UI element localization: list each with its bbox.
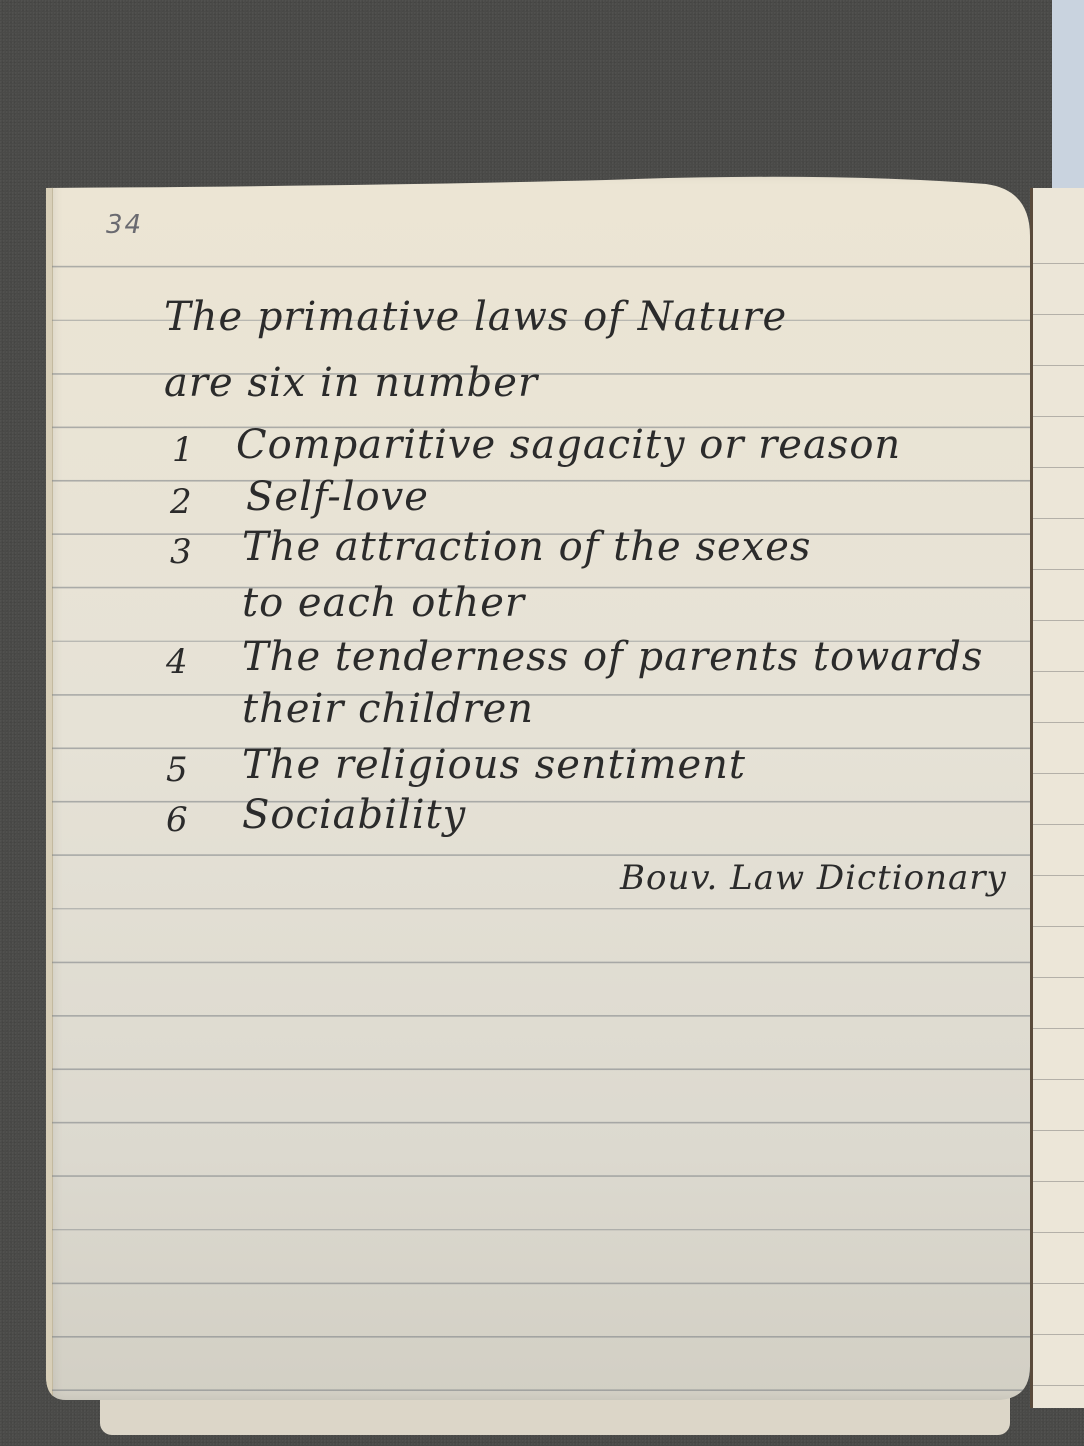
law-number: 2 (170, 482, 192, 522)
law-text: The attraction of the sexes (242, 524, 811, 570)
heading-line-1: The primative laws of Nature (164, 294, 787, 340)
law-text: The tenderness of parents towards (242, 634, 983, 680)
law-text: Self-love (246, 474, 429, 520)
page-number: 34 (106, 210, 143, 240)
law-text-continuation: their children (242, 686, 534, 732)
law-text-continuation: to each other (242, 580, 525, 626)
law-number: 5 (166, 750, 188, 790)
law-text: The religious sentiment (242, 742, 746, 788)
law-number: 3 (170, 532, 192, 572)
law-number: 4 (166, 642, 188, 682)
law-text: Sociability (242, 792, 466, 838)
law-text: Comparitive sagacity or reason (236, 422, 901, 468)
citation: Bouv. Law Dictionary (620, 858, 1007, 898)
law-number: 6 (166, 800, 188, 840)
facing-page-edge (1030, 188, 1084, 1408)
heading-line-2: are six in number (164, 360, 538, 406)
underlying-page (100, 1395, 1010, 1435)
notebook-page: 34 The primative laws of Nature are six … (46, 176, 1030, 1400)
law-number: 1 (172, 430, 194, 470)
